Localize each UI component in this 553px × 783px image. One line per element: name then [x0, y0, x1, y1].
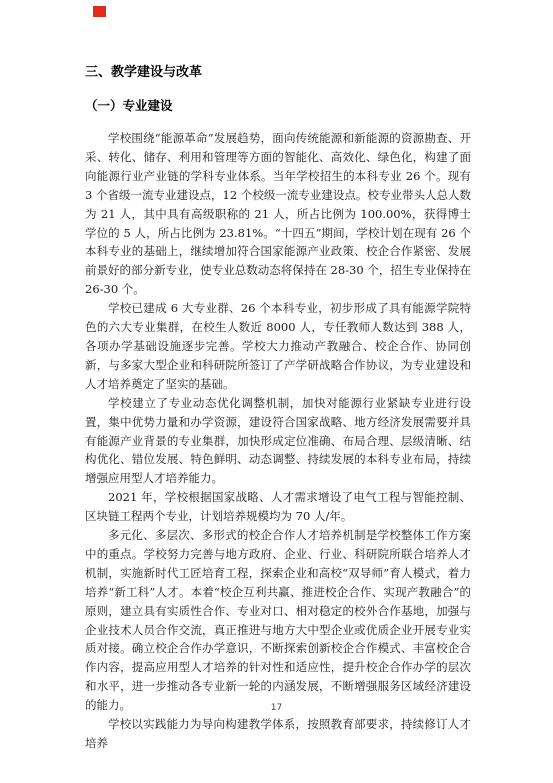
paragraph-3: 学校建立了专业动态优化调整机制，加快对能源行业紧缺专业进行设置，集中优势力量和办… [85, 394, 471, 489]
paragraph-5: 多元化、多层次、多形式的校企合作人才培养机制是学校整体工作方案中的重点。学校努力… [85, 526, 471, 715]
paragraph-6: 学校以实践能力为导向构建教学体系，按照教育部要求，持续修订人才培养 [85, 715, 471, 753]
page-content: 三、教学建设与改革 （一）专业建设 学校围绕“能源革命”发展趋势，面向传统能源和… [85, 64, 471, 753]
document-page: 三、教学建设与改革 （一）专业建设 学校围绕“能源革命”发展趋势，面向传统能源和… [0, 0, 553, 783]
red-square-marker [93, 6, 106, 17]
paragraph-1: 学校围绕“能源革命”发展趋势，面向传统能源和新能源的资源勘查、开采、转化、储存、… [85, 129, 471, 299]
page-number: 17 [0, 703, 553, 713]
subsection-heading: （一）专业建设 [85, 97, 471, 114]
paragraph-2: 学校已建成 6 大专业群、26 个本科专业，初步形成了具有能源学院特色的六大专业… [85, 299, 471, 394]
paragraph-4: 2021 年，学校根据国家战略、人才需求增设了电气工程与智能控制、区块链工程两个… [85, 488, 471, 526]
body-text: 学校围绕“能源革命”发展趋势，面向传统能源和新能源的资源勘查、开采、转化、储存、… [85, 129, 471, 753]
section-heading: 三、教学建设与改革 [85, 64, 471, 81]
